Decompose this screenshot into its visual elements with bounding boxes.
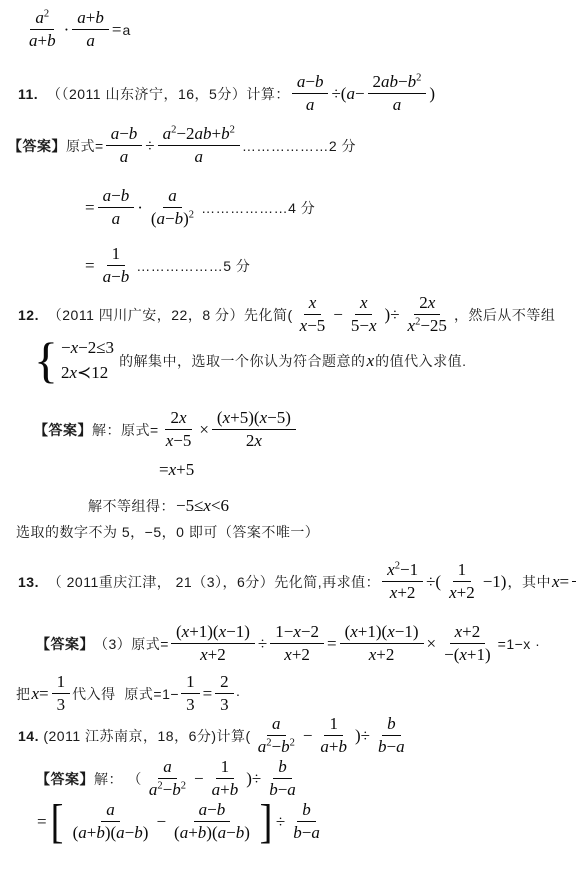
- fraction: 1a−b: [98, 244, 135, 287]
- text-run: （ 2011重庆江津， 21（3），6分）先化简,再求值：: [39, 572, 380, 592]
- carryover-formula: a2a+b·a+ba=a: [22, 8, 131, 51]
- fraction: bb−a: [373, 714, 410, 757]
- bold-label: 【答案】: [36, 769, 94, 789]
- left-square-bracket: [: [50, 800, 63, 843]
- fraction: 2xx−5: [161, 408, 197, 451]
- problem-12-inequality-system: {−x−2≤32x≺12的解集中，选取一个你认为符合题意的x的值代入求值.: [34, 336, 467, 385]
- answer-11-step-3: =1a−b………………5 分: [84, 244, 250, 287]
- bold-label: 14.: [18, 728, 39, 744]
- text-run: ………………2 分: [242, 136, 356, 156]
- answer-11-step-1: 【答案】原式=a−ba÷a2−2ab+b2a………………2 分: [8, 124, 356, 167]
- text-run: ，然后从不等组: [454, 305, 556, 325]
- answer-11-step-2: =a−ba·a(a−b)2………………4 分: [84, 186, 315, 229]
- text-run: 代入得 原式=1−: [72, 684, 179, 704]
- fraction: a−ba: [98, 186, 135, 229]
- answer-12-step-3: 解不等组得：−5≤x<6: [88, 496, 230, 516]
- fraction: a(a+b)(a−b): [68, 800, 154, 843]
- answer-14-step-2: =[a(a+b)(a−b)−a−b(a+b)(a−b)]÷bb−a: [36, 800, 327, 843]
- fraction: (x+1)(x−1)x+2: [340, 622, 424, 665]
- fraction: a−b(a+b)(a−b): [169, 800, 255, 843]
- answer-12-note: 选取的数字不为 5，−5，0 即可（答案不唯一）: [16, 522, 319, 542]
- text-run: 把: [16, 684, 31, 704]
- fraction: 1a+b: [207, 757, 244, 800]
- fraction: 13: [52, 672, 71, 715]
- fraction: bb−a: [264, 757, 301, 800]
- fraction: bb−a: [288, 800, 325, 843]
- text-run: 的解集中，选取一个你认为符合题意的: [119, 351, 366, 371]
- text-run: ·: [236, 686, 241, 702]
- fraction: 1−x−2x+2: [270, 622, 324, 665]
- answer-13-step-1: 【答案】（3）原式=(x+1)(x−1)x+2÷1−x−2x+2=(x+1)(x…: [36, 622, 540, 665]
- text-run: 选取的数字不为 5，−5，0 即可（答案不唯一）: [16, 522, 319, 542]
- fraction: (x+1)(x−1)x+2: [171, 622, 255, 665]
- bold-label: 12.: [18, 307, 39, 323]
- text-run: 解：原式=: [92, 420, 159, 440]
- text-run: ………………4 分: [201, 198, 315, 218]
- problem-14-statement: 14. (2011 江苏南京，18，6分)计算(aa2−b2−1a+b)÷bb−…: [18, 714, 412, 757]
- text-run: (2011 江苏南京，18，6分)计算(: [39, 726, 251, 746]
- document-page: a2a+b·a+ba=a11. （（2011 山东济宁，16，5分）计算：a−b…: [0, 0, 576, 879]
- text-run: ，其中: [507, 572, 551, 592]
- right-square-bracket: ]: [259, 800, 272, 843]
- text-run: ………………5 分: [136, 256, 250, 276]
- text-run: （（2011 山东济宁，16，5分）计算：: [38, 84, 290, 104]
- fraction: a2a+b: [24, 8, 61, 51]
- fraction: (x+5)(x−5)2x: [212, 408, 296, 451]
- bold-label: 13.: [18, 574, 39, 590]
- answer-12-step-2: =x+5: [158, 460, 195, 480]
- text-run: （2011 四川广安，22，8 分）先化简(: [39, 305, 293, 325]
- fraction: a2−2ab+b2a: [158, 124, 240, 167]
- text-run: （3）原式=: [94, 634, 169, 654]
- text-run: =1−x ·: [498, 636, 541, 652]
- fraction: aa2−b2: [144, 757, 191, 800]
- problem-11-statement: 11. （（2011 山东济宁，16，5分）计算：a−ba÷(a−2ab−b2a…: [18, 72, 436, 115]
- fraction: 1x+2: [444, 560, 480, 603]
- fraction: 1a+b: [315, 714, 352, 757]
- fraction: 2xx2−25: [403, 293, 452, 336]
- bold-label: 11.: [18, 86, 38, 102]
- fraction: x5−x: [346, 293, 382, 336]
- text-run: 原式=: [66, 136, 104, 156]
- answer-13-step-2: 把x=13代入得 原式=1−13=23 ·: [16, 672, 241, 715]
- fraction: a−ba: [106, 124, 143, 167]
- answer-14-step-1: 【答案】解： （aa2−b2−1a+b)÷bb−a: [36, 757, 303, 800]
- problem-12-statement: 12. （2011 四川广安，22，8 分）先化简(xx−5−x5−x)÷2xx…: [18, 293, 555, 336]
- fraction: 2ab−b2a: [368, 72, 427, 115]
- fraction: 13: [572, 560, 576, 603]
- text-run: 的值代入求值.: [375, 351, 466, 371]
- bold-label: 【答案】: [8, 136, 66, 156]
- fraction: 23: [215, 672, 234, 715]
- bold-label: 【答案】: [34, 420, 92, 440]
- fraction: 13: [181, 672, 200, 715]
- fraction: aa2−b2: [253, 714, 300, 757]
- left-brace: {: [34, 338, 58, 383]
- fraction: x+2−(x+1): [439, 622, 496, 665]
- fraction: xx−5: [295, 293, 331, 336]
- answer-12-step-1: 【答案】解：原式=2xx−5×(x+5)(x−5)2x: [34, 408, 298, 451]
- fraction: a+ba: [72, 8, 109, 51]
- text-run: a: [122, 22, 130, 38]
- inequality-brace-group: {−x−2≤32x≺12: [34, 336, 115, 385]
- fraction: a(a−b)2: [146, 186, 199, 229]
- text-run: 解不等组得：: [88, 496, 175, 516]
- fraction: x2−1x+2: [382, 560, 423, 603]
- text-run: 解： （: [94, 769, 142, 789]
- bold-label: 【答案】: [36, 634, 94, 654]
- fraction: a−ba: [292, 72, 329, 115]
- problem-13-statement: 13. （ 2011重庆江津， 21（3），6分）先化简,再求值：x2−1x+2…: [18, 560, 576, 603]
